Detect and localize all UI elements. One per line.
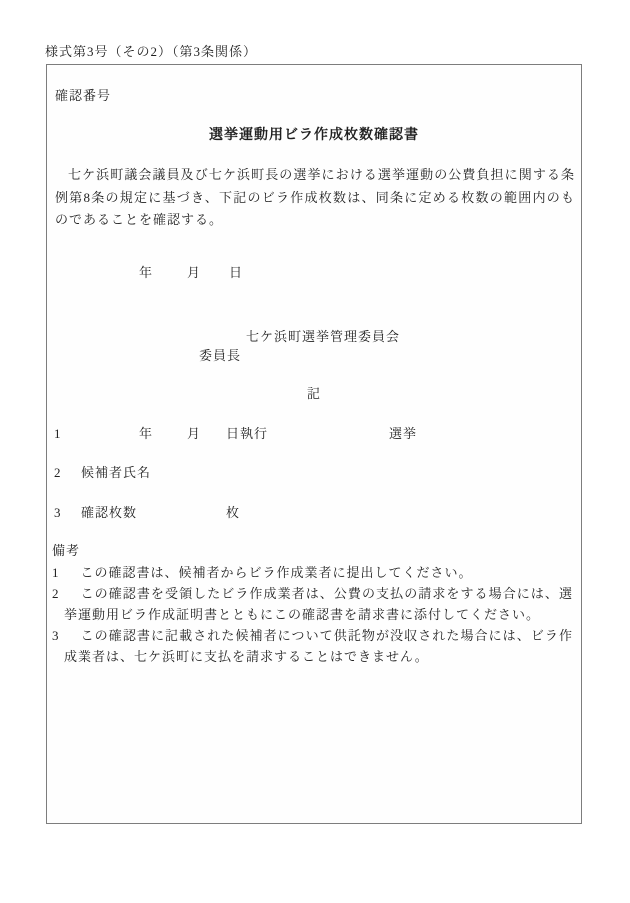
item1-number: 1 xyxy=(54,427,62,440)
notes-list: 1この確認書は、候補者からビラ作成業者に提出してください。 2この確認書を受領し… xyxy=(52,562,573,667)
note-item: 2この確認書を受領したビラ作成業者は、公費の支払の請求をする場合には、選挙運動用… xyxy=(52,583,573,625)
item1-day-exec-label: 日執行 xyxy=(226,427,268,440)
issue-date-day-label: 日 xyxy=(229,266,243,279)
note3-text: この確認書に記載された候補者について供託物が没収された場合には、ビラ作成業者は、… xyxy=(64,628,573,664)
issuer-chairman-label: 委員長 xyxy=(199,349,241,362)
form-number-label: 様式第3号（その2）（第3条関係） xyxy=(45,45,257,58)
note-item: 3この確認書に記載された候補者について供託物が没収された場合には、ビラ作成業者は… xyxy=(52,625,573,667)
issue-date-month-label: 月 xyxy=(187,266,201,279)
confirmation-number-label: 確認番号 xyxy=(55,89,111,102)
notes-title: 備考 xyxy=(52,544,80,557)
record-marker: 記 xyxy=(47,387,581,400)
item2-label: 候補者氏名 xyxy=(81,466,151,479)
item3-label: 確認枚数 xyxy=(81,506,137,519)
document-title: 選挙運動用ビラ作成枚数確認書 xyxy=(47,129,581,143)
item3-number: 3 xyxy=(54,506,62,519)
item-election-date-line: 1 年 月 日執行 選挙 xyxy=(47,427,581,441)
note-item: 1この確認書は、候補者からビラ作成業者に提出してください。 xyxy=(52,562,573,583)
item-confirmed-count-line: 3 確認枚数 枚 xyxy=(47,506,581,520)
document-border-box: 確認番号 選挙運動用ビラ作成枚数確認書 七ケ浜町議会議員及び七ケ浜町長の選挙にお… xyxy=(46,64,582,824)
document-page: { "form": { "form_label": "様式第3号（その2）（第3… xyxy=(0,0,630,903)
issue-date-year-label: 年 xyxy=(139,266,153,279)
note1-text: この確認書は、候補者からビラ作成業者に提出してください。 xyxy=(81,565,473,580)
item1-year-label: 年 xyxy=(139,427,153,440)
note2-text: この確認書を受領したビラ作成業者は、公費の支払の請求をする場合には、選挙運動用ビ… xyxy=(64,586,573,622)
note1-number: 1 xyxy=(52,565,60,580)
note2-number: 2 xyxy=(52,586,60,601)
note3-number: 3 xyxy=(52,628,60,643)
issue-date-line: 年 月 日 xyxy=(47,266,581,280)
item1-election-label: 選挙 xyxy=(389,427,417,440)
item1-month-label: 月 xyxy=(187,427,201,440)
issuer-organization: 七ケ浜町選挙管理委員会 xyxy=(246,330,400,343)
item3-unit-label: 枚 xyxy=(226,506,240,519)
item-candidate-name-line: 2 候補者氏名 xyxy=(47,466,581,480)
item2-number: 2 xyxy=(54,466,62,479)
body-paragraph: 七ケ浜町議会議員及び七ケ浜町長の選挙における選挙運動の公費負担に関する条例第8条… xyxy=(55,164,575,232)
